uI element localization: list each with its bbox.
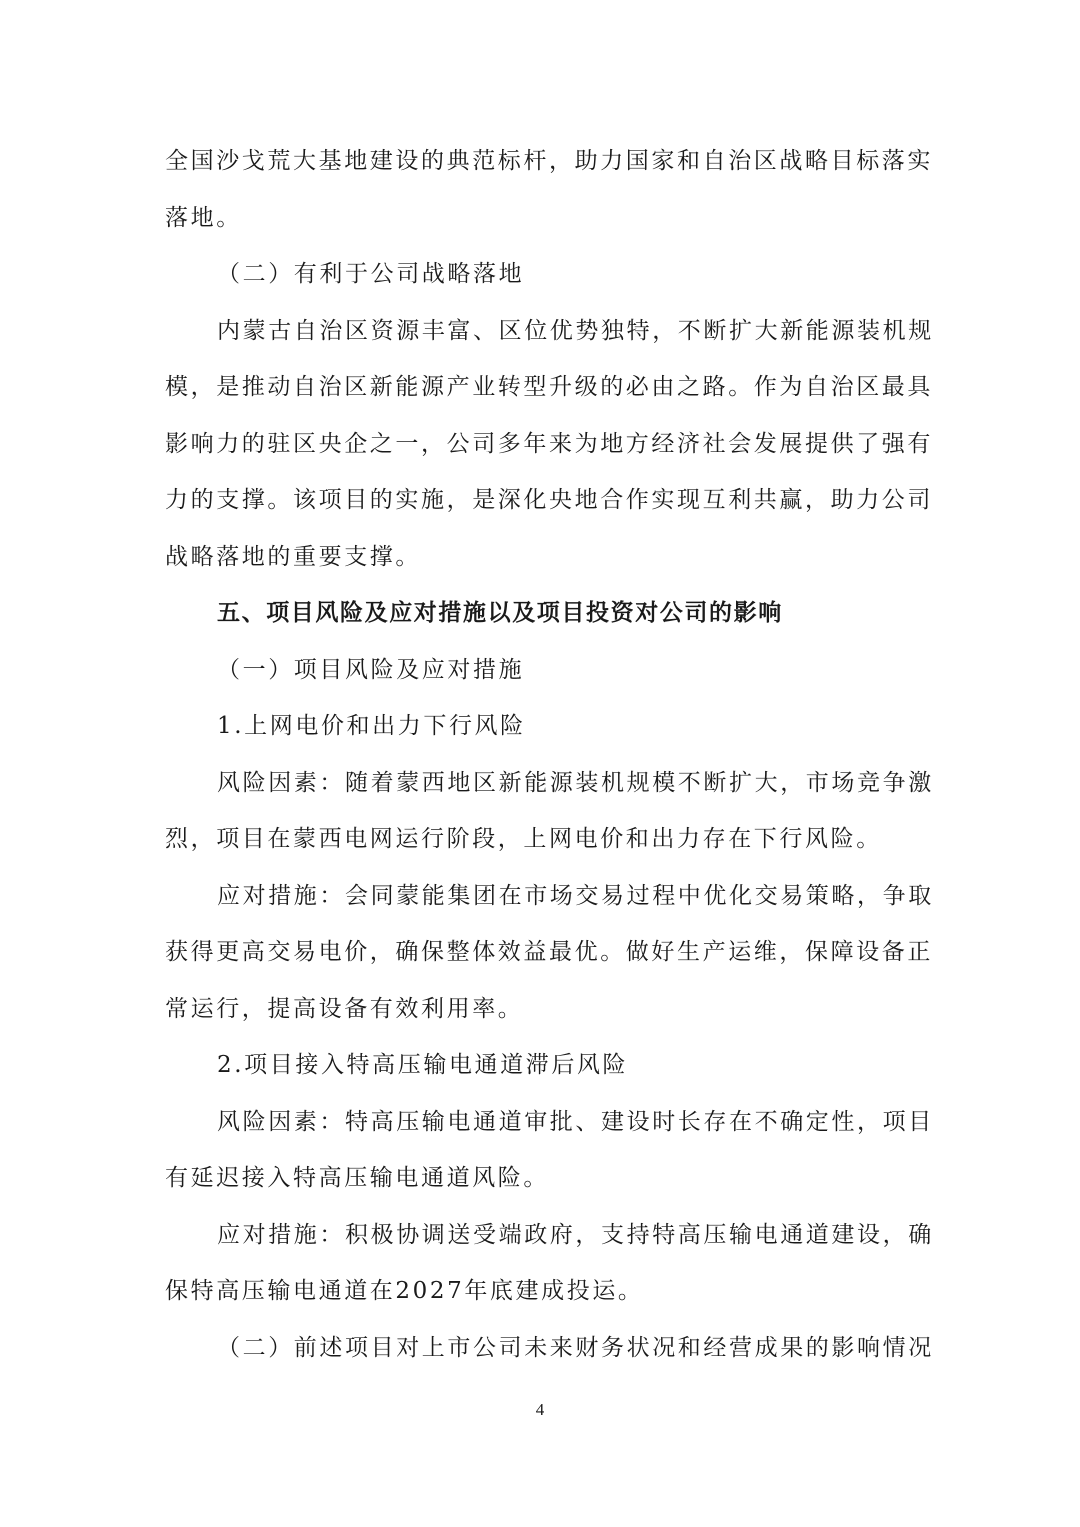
paragraph-line: 应对措施：积极协调送受端政府，支持特高压输电通道建设，确 [217,1220,977,1250]
page-number: 4 [0,1398,1080,1422]
paragraph-line: 烈，项目在蒙西电网运行阶段，上网电价和出力存在下行风险。 [165,824,925,854]
paragraph-line: 获得更高交易电价，确保整体效益最优。做好生产运维，保障设备正 [165,937,925,967]
paragraph-line: 内蒙古自治区资源丰富、区位优势独特，不断扩大新能源装机规 [217,316,977,346]
paragraph-line: 风险因素：特高压输电通道审批、建设时长存在不确定性，项目 [217,1107,977,1137]
paragraph-line: 风险因素：随着蒙西地区新能源装机规模不断扩大，市场竞争激 [217,768,977,798]
paragraph-line: 常运行，提高设备有效利用率。 [165,994,925,1024]
paragraph-line: 影响力的驻区央企之一，公司多年来为地方经济社会发展提供了强有 [165,429,925,459]
subsection-heading: （二）前述项目对上市公司未来财务状况和经营成果的影响情况 [217,1333,977,1363]
subsection-heading: （二）有利于公司战略落地 [217,259,977,289]
paragraph-line: 全国沙戈荒大基地建设的典范标杆，助力国家和自治区战略目标落实 [165,146,925,176]
paragraph-line: 战略落地的重要支撑。 [165,542,925,572]
section-heading: 五、项目风险及应对措施以及项目投资对公司的影响 [217,598,977,628]
paragraph-line: 力的支撑。该项目的实施，是深化央地合作实现互利共赢，助力公司 [165,485,925,515]
subsection-heading: （一）项目风险及应对措施 [217,655,977,685]
subsection-heading: 2.项目接入特高压输电通道滞后风险 [217,1050,977,1080]
paragraph-line: 保特高压输电通道在2027年底建成投运。 [165,1276,925,1306]
paragraph-line: 应对措施：会同蒙能集团在市场交易过程中优化交易策略，争取 [217,881,977,911]
paragraph-line: 模，是推动自治区新能源产业转型升级的必由之路。作为自治区最具 [165,372,925,402]
subsection-heading: 1.上网电价和出力下行风险 [217,711,977,741]
paragraph-line: 落地。 [165,203,925,233]
document-page: 全国沙戈荒大基地建设的典范标杆，助力国家和自治区战略目标落实落地。（二）有利于公… [0,0,1080,1527]
paragraph-line: 有延迟接入特高压输电通道风险。 [165,1163,925,1193]
